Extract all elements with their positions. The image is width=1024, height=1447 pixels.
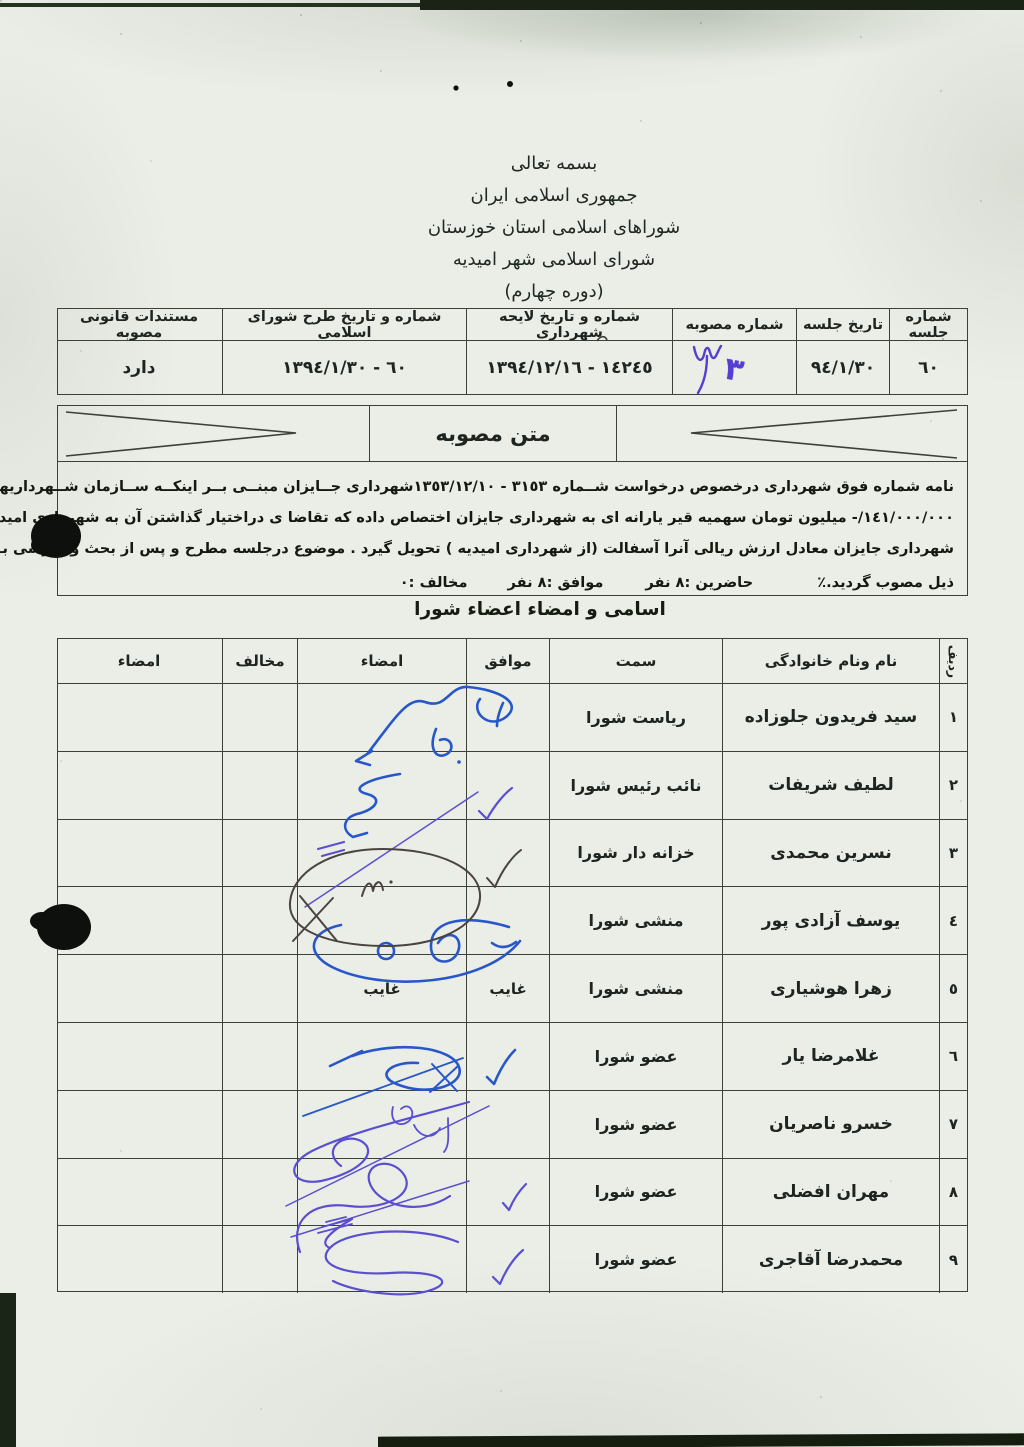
bill-no-date-header: شماره و تاریخ لایحه شهرداری [466, 309, 672, 341]
signature2-cell [56, 955, 222, 1022]
signature-cell [297, 1159, 466, 1226]
signature-cell [297, 752, 466, 819]
signature2-cell [56, 887, 222, 954]
signature-cell [297, 1091, 466, 1158]
info-table: شماره جلسه تاریخ جلسه شماره مصوبه شماره … [57, 308, 968, 395]
oppose-cell [222, 955, 297, 1022]
member-name-cell: سید فریدون جلوزاده [722, 684, 939, 751]
banner-title-cell: متن مصوبه [369, 406, 616, 461]
signature2-cell [56, 1226, 222, 1293]
banner-right-chevron-cell [616, 406, 967, 461]
legal-docs-header: مستندات قانونی مصوبه [56, 309, 222, 341]
session-date-header: تاریخ جلسه [796, 309, 889, 341]
letterhead-line-basmala: بسمه تعالی [42, 148, 1024, 180]
ink-dot [453, 85, 458, 90]
legal-docs-value: دارد [56, 341, 222, 394]
resolution-line-3: شهرداری جایزان معادل ارزش ریالی آنرا آسف… [71, 533, 954, 564]
table-row: ٩ محمدرضا آقاجری عضو شورا [58, 1226, 967, 1293]
signature2-header: امضاء [56, 639, 222, 683]
session-no-header: شماره جلسه [889, 309, 967, 341]
row-no-cell: ٥ [939, 955, 967, 1022]
scan-noise [0, 0, 2, 2]
table-row: ١ سید فریدون جلوزاده ریاست شورا [58, 684, 967, 752]
agree-cell [466, 1159, 549, 1226]
member-name-cell: زهرا هوشیاری [722, 955, 939, 1022]
member-position-cell: عضو شورا [549, 1023, 722, 1090]
table-row: ٧ خسرو ناصریان عضو شورا [58, 1091, 967, 1159]
row-no-cell: ٤ [939, 887, 967, 954]
letterhead-line-province-councils: شوراهای اسلامی استان خوزستان [42, 212, 1024, 244]
oppose-cell [222, 1023, 297, 1090]
signature2-cell [56, 1091, 222, 1158]
members-table: ردیف نام ونام خانوادگی سمت موافق امضاء م… [57, 638, 968, 1292]
member-name-cell: محمدرضا آقاجری [722, 1226, 939, 1293]
signature2-cell [56, 1023, 222, 1090]
row-no-header-label: ردیف [946, 644, 961, 677]
oppose-cell [222, 820, 297, 887]
table-row: ٤ یوسف آزادی پور منشی شورا [58, 887, 967, 955]
signature-cell-absent: غایب [297, 955, 466, 1022]
signature2-cell [56, 820, 222, 887]
signature2-cell [56, 684, 222, 751]
resolution-banner: متن مصوبه [58, 406, 967, 462]
approved-text: ذیل مصوب گردید.٪ [817, 567, 954, 598]
row-no-cell: ٦ [939, 1023, 967, 1090]
scanner-edge-artifact [378, 1433, 1024, 1447]
row-no-header: ردیف [939, 639, 967, 683]
table-row: ٥ زهرا هوشیاری منشی شورا غایب غایب [58, 955, 967, 1023]
member-name-cell: یوسف آزادی پور [722, 887, 939, 954]
oppose-header: مخالف [222, 639, 297, 683]
letterhead-line-term: (دوره چهارم) [42, 276, 1024, 308]
member-position-cell: ریاست شورا [549, 684, 722, 751]
member-position-cell: نائب رئیس شورا [549, 752, 722, 819]
position-header: سمت [549, 639, 722, 683]
agree-cell [466, 1091, 549, 1158]
row-no-cell: ٩ [939, 1226, 967, 1293]
members-table-header-row: ردیف نام ونام خانوادگی سمت موافق امضاء م… [58, 639, 967, 684]
resolution-section: متن مصوبه نامه شماره فوق شهرداری درخصوص … [57, 405, 968, 596]
signature-cell [297, 684, 466, 751]
scanned-document-page: بسمه تعالی جمهوری اسلامی ایران شوراهای ا… [0, 0, 1024, 1447]
agree-cell [466, 684, 549, 751]
row-no-cell: ٣ [939, 820, 967, 887]
member-position-cell: خزانه دار شورا [549, 820, 722, 887]
session-no-value: ٦٠ [889, 341, 967, 394]
plan-no-date-value: ٦٠ - ١٣٩٤/١/٣٠ [222, 341, 466, 394]
signature2-cell [56, 752, 222, 819]
letterhead-line-city-council: شورای اسلامی شهر امیدیه [42, 244, 1024, 276]
signature-cell [297, 820, 466, 887]
info-table-header-row: شماره جلسه تاریخ جلسه شماره مصوبه شماره … [58, 309, 967, 341]
signature-cell [297, 1226, 466, 1293]
scanner-edge-artifact [0, 1293, 16, 1447]
session-date-value: ٩٤/١/٣٠ [796, 341, 889, 394]
members-section-title: اسامی و امضاء اعضاء شورا [28, 599, 1024, 620]
banner-left-chevron-cell [56, 406, 369, 461]
ink-blob [30, 912, 54, 930]
oppose-cell [222, 887, 297, 954]
member-name-cell: مهران افضلی [722, 1159, 939, 1226]
agree-count: موافق :٨ نفر [507, 567, 603, 598]
member-position-cell: عضو شورا [549, 1226, 722, 1293]
agree-cell [466, 820, 549, 887]
signature-header: امضاء [297, 639, 466, 683]
agree-cell [466, 752, 549, 819]
agree-cell [466, 1023, 549, 1090]
member-name-cell: خسرو ناصریان [722, 1091, 939, 1158]
name-header: نام ونام خانوادگی [722, 639, 939, 683]
resolution-no-value: ٣ [672, 341, 796, 394]
member-position-cell: عضو شورا [549, 1159, 722, 1226]
member-position-cell: عضو شورا [549, 1091, 722, 1158]
oppose-cell [222, 1091, 297, 1158]
agree-header: موافق [466, 639, 549, 683]
letterhead-line-country: جمهوری اسلامی ایران [42, 180, 1024, 212]
member-position-cell: منشی شورا [549, 955, 722, 1022]
agree-cell [466, 887, 549, 954]
table-row: ٦ غلامرضا یار عضو شورا [58, 1023, 967, 1091]
oppose-cell [222, 684, 297, 751]
oppose-count: مخالف :٠ [400, 567, 468, 598]
present-count: حاضرین :٨ نفر [645, 567, 753, 598]
row-no-cell: ٧ [939, 1091, 967, 1158]
table-row: ٣ نسرین محمدی خزانه دار شورا [58, 820, 967, 888]
member-name-cell: لطیف شریفات [722, 752, 939, 819]
table-row: ٨ مهران افضلی عضو شورا [58, 1159, 967, 1227]
banner-title: متن مصوبه [435, 422, 550, 446]
info-table-values-row: ٦٠ ٩٤/١/٣٠ ٣ ١٤٢٤٥ - ١٣٩٤/١٢/١٦ ٦٠ - ١٣٩… [58, 341, 967, 394]
agree-cell-absent: غایب [466, 955, 549, 1022]
plan-no-date-header: شماره و تاریخ طرح شورای اسلامی [222, 309, 466, 341]
member-name-cell: نسرین محمدی [722, 820, 939, 887]
table-row: ٢ لطیف شریفات نائب رئیس شورا [58, 752, 967, 820]
member-position-cell: منشی شورا [549, 887, 722, 954]
oppose-cell [222, 1226, 297, 1293]
signature2-cell [56, 1159, 222, 1226]
signature-cell [297, 887, 466, 954]
member-name-cell: غلامرضا یار [722, 1023, 939, 1090]
row-no-cell: ٢ [939, 752, 967, 819]
oppose-cell [222, 752, 297, 819]
row-no-cell: ٨ [939, 1159, 967, 1226]
oppose-cell [222, 1159, 297, 1226]
agree-cell [466, 1226, 549, 1293]
scanner-edge-artifact [0, 3, 428, 7]
signature-cell [297, 1023, 466, 1090]
scanner-edge-artifact [420, 0, 1024, 10]
resolution-line-2: ١٤١/٠٠٠/٠٠٠/- میلیون تومان سهمیه قیر یار… [71, 502, 954, 533]
resolution-text: نامه شماره فوق شهرداری درخصوص درخواست شـ… [58, 462, 967, 598]
resolution-line-4: ذیل مصوب گردید.٪ حاضرین :٨ نفر موافق :٨ … [71, 567, 954, 598]
handwritten-resolution-number: ٣ [722, 350, 747, 389]
ink-dot [507, 81, 513, 87]
resolution-line-1: نامه شماره فوق شهرداری درخصوص درخواست شـ… [71, 471, 954, 502]
row-no-cell: ١ [939, 684, 967, 751]
bill-no-date-value: ١٤٢٤٥ - ١٣٩٤/١٢/١٦ [466, 341, 672, 394]
letterhead: بسمه تعالی جمهوری اسلامی ایران شوراهای ا… [42, 148, 1024, 308]
resolution-no-header: شماره مصوبه [672, 309, 796, 341]
